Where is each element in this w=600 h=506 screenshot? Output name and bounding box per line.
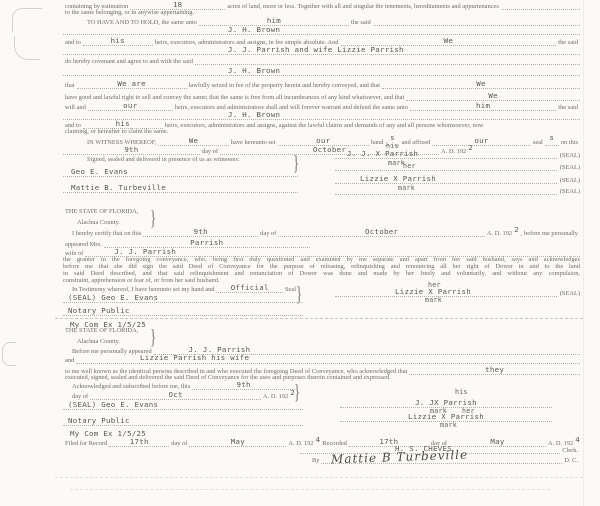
official-value: Official (231, 284, 269, 292)
page-edge-line (583, 0, 584, 506)
form-text: IN WITNESS WHEREOF, (85, 139, 158, 146)
form-text: to the same belonging, or in anywise app… (63, 9, 196, 16)
form-line: TO HAVE AND TO HOLD, the same unto him t… (85, 17, 580, 26)
dotted-line: Lizzie X Parrish (335, 175, 557, 184)
seal-label: (SEAL) (557, 152, 580, 159)
dotted-line: J. J. X Parrish (335, 150, 557, 159)
signature-line: Lizzie X Parrish (SEAL) (335, 288, 580, 297)
filled-value: our (123, 102, 137, 110)
form-text: heirs, executors, administrators and ass… (163, 122, 486, 129)
year-value: 2 (514, 226, 519, 234)
form-text: lawfully seized in fee of the property h… (187, 82, 382, 89)
form-text: have hereunto set (229, 139, 278, 146)
grantor-signature: Lizzie X Parrish (360, 175, 436, 183)
witness-attestation-text: Signed, sealed and delivered in presence… (85, 156, 242, 163)
form-line: I hereby certify that on this 9th day of… (70, 228, 580, 237)
dotted-line: We (406, 92, 580, 101)
dotted-line (501, 8, 580, 10)
form-text: I hereby certify that on this (70, 230, 143, 237)
dotted-line: 9th (192, 381, 295, 390)
margin-mark (2, 342, 16, 366)
form-text: that (63, 82, 77, 89)
form-text: TO HAVE AND TO HOLD, the same unto (85, 19, 199, 26)
dotted-line: Notary Public (63, 307, 303, 316)
filled-value: our (474, 137, 488, 145)
signature-line: (SEAL) (335, 188, 580, 195)
separator-line (70, 489, 550, 490)
filled-value: him (267, 17, 281, 25)
signature-her-note: her (403, 163, 416, 170)
year-value: 2 (290, 389, 295, 397)
witness-signature-line: Geo E. Evans (63, 168, 298, 177)
form-text: and (63, 357, 76, 364)
brace: } (150, 326, 156, 347)
grantee-name: J. H. Brown (228, 26, 280, 34)
form-text: and to (63, 39, 83, 46)
form-text: hand (369, 139, 385, 146)
grantor-signature: Lizzie X Parrish (408, 413, 484, 421)
dotted-line: (SEAL) Geo E. Evans (63, 401, 303, 410)
seal-label: (SEAL) (557, 164, 580, 171)
form-text: A. D. 192 (261, 393, 290, 400)
dotted-line: Official (216, 284, 283, 293)
witness-signature-line: Mattie B. Turbeville (63, 184, 298, 193)
notary-signature: (SEAL) Geo E. Evans (68, 401, 158, 409)
form-text: the said (556, 104, 580, 111)
dotted-line: s (545, 137, 559, 146)
dotted-line: We (382, 80, 580, 89)
month-value: May (231, 438, 245, 446)
state-heading: THE STATE OF FLORIDA, (63, 327, 140, 334)
form-text: the said (556, 39, 580, 46)
form-text: day of (169, 440, 189, 447)
form-line: In Testimony whereof, I have hereunto se… (70, 284, 298, 293)
dotted-line: J. H. Brown (63, 67, 580, 76)
dotted-line: (SEAL) Geo E. Evans (63, 294, 303, 303)
by-label: By (310, 457, 321, 464)
form-text: Filed for Record (63, 440, 109, 447)
signature-line: J. J. X Parrish (SEAL) (335, 150, 580, 159)
form-text: have good and lawful right to sell and c… (63, 94, 406, 101)
dotted-line: Oct (90, 391, 261, 400)
notary-title: Notary Public (68, 417, 130, 425)
dotted-line: Geo E. Evans (63, 168, 298, 177)
grantor-signature: Lizzie X Parrish (395, 288, 471, 296)
dotted-line: our (432, 137, 531, 146)
separator-line (55, 477, 583, 478)
form-line: Acknowledged and subscribed before me, t… (70, 381, 295, 390)
form-line: to the same belonging, or in anywise app… (63, 9, 196, 16)
dotted-line: her (335, 163, 557, 171)
dotted-line (335, 193, 557, 195)
notary-title: Notary Public (68, 307, 130, 315)
form-line: J. H. Brown (63, 67, 580, 76)
form-text: In Testimony whereof, I have hereunto se… (70, 286, 216, 293)
day-value: 9th (236, 381, 250, 389)
form-text: the said (349, 19, 373, 26)
state-heading: THE STATE OF FLORIDA, (63, 208, 140, 215)
witness-signature: Geo E. Evans (71, 168, 128, 176)
filled-value: We (189, 137, 199, 145)
dotted-line: We are (77, 80, 187, 89)
dotted-line: they (409, 366, 580, 375)
margin-mark (14, 36, 40, 60)
dotted-line: J. J. Parrish and wife Lizzie Parrish (63, 46, 580, 55)
filled-value: him (476, 102, 490, 110)
form-line: that We are lawfully seized in fee of th… (63, 80, 580, 89)
form-line: day of Oct A. D. 192 2 (70, 391, 295, 400)
dotted-line: We (158, 137, 228, 146)
form-text: , before me personally (519, 230, 580, 237)
signature-his-note: his (455, 389, 468, 396)
form-line: will and our heirs, executors and admini… (63, 102, 580, 111)
dotted-line: 17th (109, 438, 169, 447)
grantor-signature: J. JX Parrish (415, 399, 477, 407)
filled-value: s (549, 134, 554, 142)
dotted-line: J. H. Brown (63, 26, 580, 35)
form-line: J. J. Parrish and wife Lizzie Parrish (63, 46, 580, 55)
form-text: and affixed (399, 139, 432, 146)
form-text: on this (559, 139, 580, 146)
form-text: claiming, or hereafter to claim the same… (63, 128, 170, 135)
seal-label: (SEAL) (557, 290, 580, 297)
grantor-signature: J. J. X Parrish (347, 150, 418, 158)
dotted-line: him (410, 102, 556, 111)
filled-value: s (390, 134, 395, 142)
filled-value: they (485, 366, 504, 374)
signature-mark-note: mark (440, 422, 457, 429)
day-value: 17th (130, 438, 149, 446)
form-line: J. H. Brown (63, 111, 580, 120)
form-text: seal (531, 139, 545, 146)
month-value: Oct (168, 391, 182, 399)
filled-value: We are (117, 80, 146, 88)
dotted-line: his (83, 37, 153, 46)
day-value: 9th (124, 146, 138, 154)
filled-value: his (116, 120, 130, 128)
day-value: 9th (194, 228, 208, 236)
grantors-names: J. J. Parrish and wife Lizzie Parrish (228, 46, 404, 54)
seal-label: (SEAL) (557, 188, 580, 195)
filled-value: his (111, 37, 125, 45)
margin-mark (12, 8, 42, 32)
form-line: have good and lawful right to sell and c… (63, 92, 580, 101)
form-text: executed, signed, sealed and delivered t… (63, 374, 393, 381)
form-line: do hereby covenant and agree to and with… (63, 58, 580, 65)
grantee-name: J. H. Brown (228, 111, 280, 119)
filled-value: We (476, 80, 486, 88)
notary-signature-line: (SEAL) Geo E. Evans (63, 401, 303, 410)
form-text: will and (63, 104, 88, 111)
deed-document-page: containing by estimation 18 acres of lan… (0, 0, 600, 506)
notary-title-line: Notary Public (63, 307, 303, 316)
dotted-line: our (88, 102, 173, 111)
separator-line (55, 318, 583, 319)
deputy-clerk-label: D. C. (562, 457, 580, 464)
seal-label: (SEAL) (557, 177, 580, 184)
acres-value: 18 (173, 1, 183, 9)
form-text: heirs, executors and administrators shal… (173, 104, 410, 111)
notary-signature: (SEAL) Geo E. Evans (68, 294, 158, 302)
brace: } (150, 207, 156, 228)
notary-title-line: Notary Public (63, 417, 303, 426)
year-value: 4 (316, 436, 321, 444)
form-line: and (63, 357, 580, 364)
month-value: October (365, 228, 398, 236)
husband-name: J. J. Parrish (114, 248, 176, 256)
year-value: 4 (575, 436, 580, 444)
form-text: appeared Mrs. (63, 241, 104, 248)
appearer-name: Parrish (190, 239, 223, 247)
form-text: day of (258, 230, 278, 237)
signature-line: her (SEAL) (335, 163, 580, 171)
filled-value: We (444, 37, 454, 45)
dotted-line: May (189, 438, 286, 447)
grantee-name: J. H. Brown (228, 67, 280, 75)
dotted-line: Mattie B Turbeville (321, 451, 562, 464)
form-text: day of (70, 393, 90, 400)
deputy-signature: Mattie B Turbeville (331, 449, 468, 466)
witness-signature: Mattie B. Turbeville (71, 184, 166, 192)
deputy-line: By Mattie B Turbeville D. C. (310, 451, 580, 464)
county-heading: Alachua County. (75, 219, 122, 226)
county-heading: Alachua County. (75, 338, 122, 345)
dotted-line (195, 63, 580, 65)
signature-mark-note: mark (425, 297, 442, 304)
dotted-line: 9th (63, 146, 200, 155)
form-text: Acknowledged and subscribed before me, t… (70, 383, 192, 390)
form-text: acres of land, more or less. Together wi… (225, 3, 501, 10)
form-text: day of (200, 148, 220, 155)
dotted-line: 9th (143, 228, 258, 237)
dotted-line: Lizzie X Parrish (335, 288, 557, 297)
signature-line: Lizzie X Parrish (SEAL) (335, 175, 580, 184)
dotted-line: Mattie B. Turbeville (63, 184, 298, 193)
form-line: claiming, or hereafter to claim the same… (63, 128, 170, 135)
filled-value: We (488, 92, 498, 100)
dotted-line: J. H. Brown (63, 111, 580, 120)
dotted-line: Notary Public (63, 417, 303, 426)
filled-value: our (316, 137, 330, 145)
form-line: appeared Mrs. Parrish (63, 239, 310, 248)
form-text: A. D. 192 (485, 230, 514, 237)
form-text: do hereby covenant and agree to and with… (63, 58, 195, 65)
dotted-line: October (278, 228, 485, 237)
dotted-line (76, 362, 580, 364)
form-line: J. H. Brown (63, 26, 580, 35)
notary-signature-line: (SEAL) Geo E. Evans (63, 294, 303, 303)
